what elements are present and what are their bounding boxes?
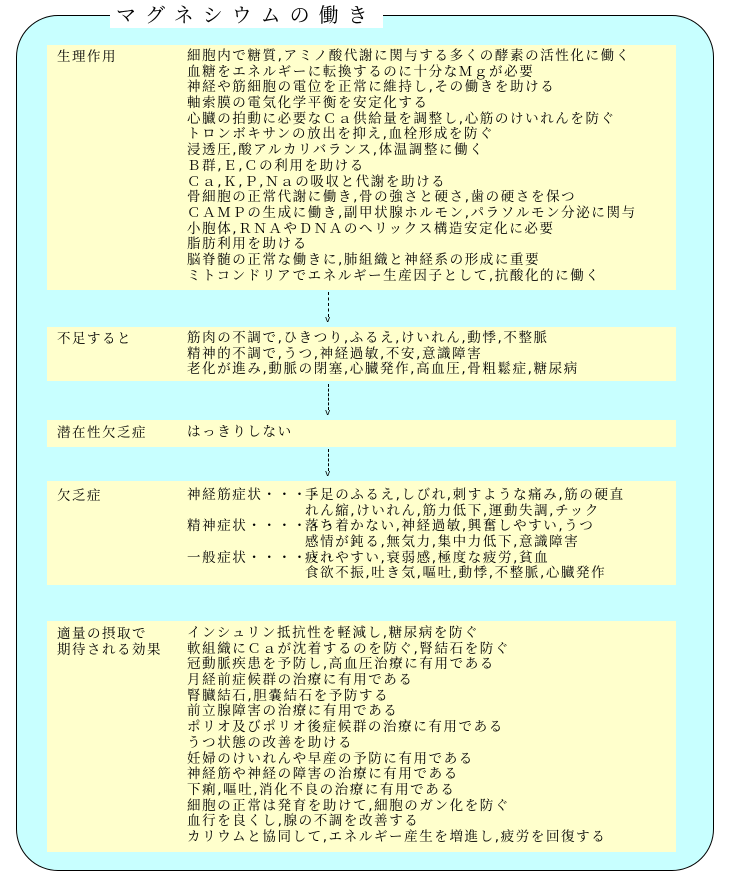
list-item: 筋肉の不調で,ひきつり,ふるえ,けいれん,動悸,不整脈	[187, 331, 579, 347]
list-item: 感情が鈍る,無気力,集中力低下,意識障害	[305, 535, 579, 551]
list-item: 神経や筋細胞の電位を正常に維持し,その働きを助ける	[187, 80, 637, 96]
section-label: 適量の摂取で 期待される効果	[57, 626, 162, 658]
list-item: うつ状態の改善を助ける	[187, 736, 606, 752]
section-expected-benefits: 適量の摂取で 期待される効果 インシュリン抵抗性を軽減し,糖尿病を防ぐ 軟組織に…	[47, 621, 676, 852]
list-item: 骨細胞の正常代謝に働き,骨の強さと硬さ,歯の硬さを保つ	[187, 190, 637, 206]
section-lines: 筋肉の不調で,ひきつり,ふるえ,けいれん,動悸,不整脈 精神的不調で,うつ,神経…	[187, 331, 579, 378]
list-item: 細胞内で糖質,アミノ酸代謝に関与する多くの酵素の活性化に働く	[187, 49, 637, 65]
section-lines: インシュリン抵抗性を軽減し,糖尿病を防ぐ 軟組織にＣａが沈着するのを防ぐ,腎結石…	[187, 626, 606, 846]
section-physiological-function: 生理作用 細胞内で糖質,アミノ酸代謝に関与する多くの酵素の活性化に働く 血糖をエ…	[47, 45, 676, 290]
list-item: 腎臓結石,胆嚢結石を予防する	[187, 689, 606, 705]
symptom-category: 精神症状・・・・・・	[187, 519, 305, 535]
list-item: 軸索膜の電気化学平衡を安定化する	[187, 96, 637, 112]
list-item: カリウムと協同して,エネルギー産生を増進し,疲労を回復する	[187, 830, 606, 846]
symptom-row: 神経筋症状・・・・手足のふるえ,しびれ,刺すような痛み,筋の硬直	[187, 488, 625, 504]
symptom-list: 神経筋症状・・・・手足のふるえ,しびれ,刺すような痛み,筋の硬直 れん縮,けいれ…	[187, 488, 625, 582]
list-item: 脂肪利用を助ける	[187, 237, 637, 253]
section-deficiency-effects: 不足すると 筋肉の不調で,ひきつり,ふるえ,けいれん,動悸,不整脈 精神的不調で…	[47, 327, 676, 381]
list-item: 小胞体,ＲＮＡやＤＮＡのへリックス構造安定化に必要	[187, 222, 637, 238]
list-item: トロンボキサンの放出を抑え,血栓形成を防ぐ	[187, 127, 637, 143]
section-deficiency-symptoms: 欠乏症 神経筋症状・・・・手足のふるえ,しびれ,刺すような痛み,筋の硬直 れん縮…	[47, 481, 676, 585]
list-item: インシュリン抵抗性を軽減し,糖尿病を防ぐ	[187, 626, 606, 642]
list-item: Ｂ群,Ｅ,Ｃの利用を助ける	[187, 159, 637, 175]
section-latent-deficiency: 潜在性欠乏症 はっきりしない	[47, 420, 676, 447]
section-lines: 細胞内で糖質,アミノ酸代謝に関与する多くの酵素の活性化に働く 血糖をエネルギーに…	[187, 49, 637, 284]
dashed-down-arrow-icon: v	[325, 292, 333, 325]
dashed-down-arrow-icon: v	[325, 449, 333, 479]
list-item: 食欲不振,吐き気,嘔吐,動悸,不整脈,心臓発作	[305, 566, 606, 582]
list-item: ポリオ及びポリオ後症候群の治療に有用である	[187, 720, 606, 736]
list-item: はっきりしない	[187, 425, 293, 441]
list-item: ＣＡＭＰの生成に働き,副甲状腺ホルモン,パラソルモン分泌に関与	[187, 206, 637, 222]
list-item: 妊婦のけいれんや早産の予防に有用である	[187, 752, 606, 768]
list-item: 下痢,嘔吐,消化不良の治療に有用である	[187, 783, 606, 799]
section-label: 不足すると	[57, 331, 132, 347]
list-item: 落ち着かない,神経過敏,興奮しやすい,うつ	[305, 519, 594, 535]
section-lines: はっきりしない	[187, 425, 293, 441]
list-item: 浸透圧,酸アルカリバランス,体温調整に働く	[187, 143, 637, 159]
dashed-down-arrow-icon: v	[325, 384, 333, 418]
symptom-category: 神経筋症状・・・・	[187, 488, 305, 504]
section-label: 生理作用	[57, 49, 117, 65]
section-label: 欠乏症	[57, 488, 102, 504]
symptom-category: 一般症状・・・・・・	[187, 551, 305, 567]
list-item: ミトコンドリアでエネルギー生産因子として,抗酸化的に働く	[187, 269, 637, 285]
symptom-row: 精神症状・・・・・・落ち着かない,神経過敏,興奮しやすい,うつ	[187, 519, 625, 535]
list-item: 細胞の正常は発育を助けて,細胞のガン化を防ぐ	[187, 799, 606, 815]
list-item: Ｃａ,Ｋ,Ｐ,Ｎａの吸収と代謝を助ける	[187, 175, 637, 191]
list-item: 月経前症候群の治療に有用である	[187, 673, 606, 689]
list-item: 前立腺障害の治療に有用である	[187, 704, 606, 720]
list-item: 血行を良くし,腺の不調を改善する	[187, 814, 606, 830]
list-item: 手足のふるえ,しびれ,刺すような痛み,筋の硬直	[305, 488, 625, 504]
list-item: 神経筋や神経の障害の治療に有用である	[187, 767, 606, 783]
list-item: 脳脊髄の正常な働きに,肺組織と神経系の形成に重要	[187, 253, 637, 269]
symptom-row: 感情が鈍る,無気力,集中力低下,意識障害	[187, 535, 625, 551]
list-item: 冠動脈疾患を予防し,高血圧治療に有用である	[187, 657, 606, 673]
page-title: マグネシウムの働き	[110, 2, 383, 28]
section-label: 潜在性欠乏症	[57, 425, 147, 441]
symptom-row: 食欲不振,吐き気,嘔吐,動悸,不整脈,心臓発作	[187, 566, 625, 582]
list-item: 老化が進み,動脈の閉塞,心臓発作,高血圧,骨粗鬆症,糖尿病	[187, 362, 579, 378]
